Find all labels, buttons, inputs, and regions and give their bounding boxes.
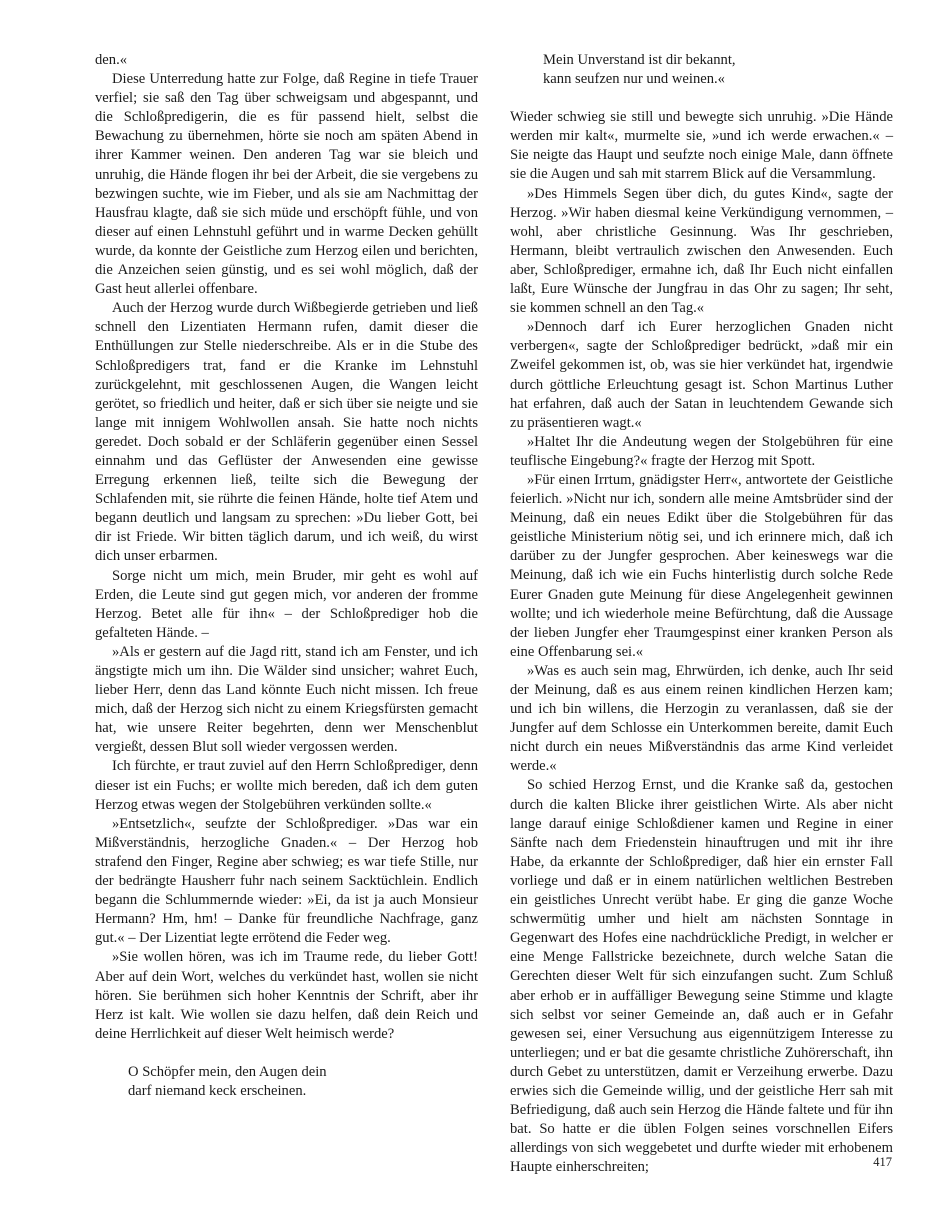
paragraph: Sorge nicht um mich, mein Bruder, mir ge… [95, 567, 478, 643]
paragraph: »Sie wollen hören, was ich im Traume red… [95, 948, 478, 1043]
paragraph: »Dennoch darf ich Eurer herzoglichen Gna… [510, 318, 893, 433]
verse-line: Mein Unverstand ist dir bekannt, [543, 51, 893, 70]
paragraph: »Haltet Ihr die Andeutung wegen der Stol… [510, 433, 893, 471]
left-column: den.« Diese Unterredung hatte zur Folge,… [95, 51, 478, 1101]
verse-block: O Schöpfer mein, den Augen dein darf nie… [95, 1063, 478, 1101]
verse-block: Mein Unverstand ist dir bekannt, kann se… [510, 51, 893, 89]
verse-line: O Schöpfer mein, den Augen dein [128, 1063, 478, 1082]
paragraph: Wieder schwieg sie still und bewegte sic… [510, 108, 893, 184]
page-number: 417 [873, 1155, 892, 1170]
paragraph: Auch der Herzog wurde durch Wißbegierde … [95, 299, 478, 566]
paragraph: »Für einen Irrtum, gnädigster Herr«, ant… [510, 471, 893, 662]
paragraph: Ich fürchte, er traut zuviel auf den Her… [95, 757, 478, 814]
verse-line: kann seufzen nur und weinen.« [543, 70, 893, 89]
paragraph: »Des Himmels Segen über dich, du gutes K… [510, 185, 893, 319]
paragraph: »Was es auch sein mag, Ehrwürden, ich de… [510, 662, 893, 777]
paragraph: »Als er gestern auf die Jagd ritt, stand… [95, 643, 478, 758]
right-column: Mein Unverstand ist dir bekannt, kann se… [510, 51, 893, 1177]
paragraph: »Entsetzlich«, seufzte der Schloßpredige… [95, 815, 478, 949]
paragraph: So schied Herzog Ernst, und die Kranke s… [510, 776, 893, 1177]
paragraph: Diese Unterredung hatte zur Folge, daß R… [95, 70, 478, 299]
paragraph: den.« [95, 51, 478, 70]
verse-line: darf niemand keck erscheinen. [128, 1082, 478, 1101]
